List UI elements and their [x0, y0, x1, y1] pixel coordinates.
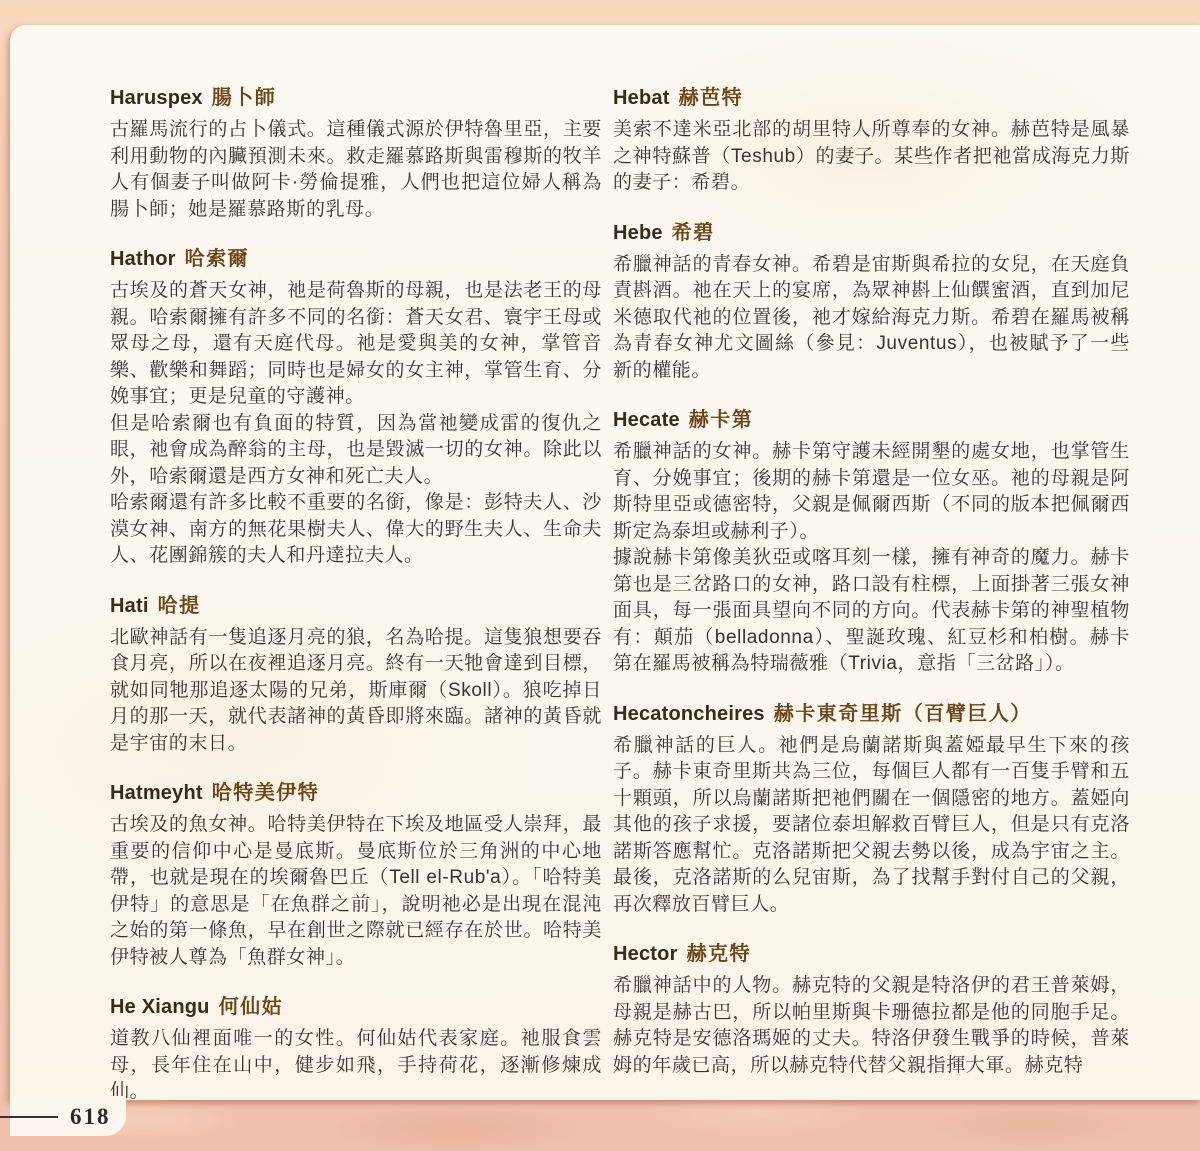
entry-paragraph: 據說赫卡第像美狄亞或喀耳刻一樣，擁有神奇的魔力。赫卡第也是三岔路口的女神，路口設… — [613, 545, 1130, 678]
left-column: Haruspex腸卜師 古羅馬流行的占卜儀式。這種儀式源於伊特魯里亞，主要利用動… — [110, 86, 602, 1106]
entry-body: 希臘神話的巨人。祂們是烏蘭諾斯與蓋婭最早生下來的孩子。赫卡東奇里斯共為三位，每個… — [613, 733, 1130, 919]
entry-heading: Hecatoncheires赫卡東奇里斯（百臂巨人） — [613, 702, 1130, 726]
dictionary-entry: Hati哈提 北歐神話有一隻追逐月亮的狼，名為哈提。這隻狼想要吞食月亮，所以在夜… — [110, 594, 602, 758]
entry-term-chinese: 赫卡東奇里斯（百臂巨人） — [774, 703, 1032, 725]
entry-body: 北歐神話有一隻追逐月亮的狼，名為哈提。這隻狼想要吞食月亮，所以在夜裡追逐月亮。終… — [110, 625, 602, 758]
entry-term-chinese: 哈提 — [158, 595, 201, 617]
dictionary-entry: Haruspex腸卜師 古羅馬流行的占卜儀式。這種儀式源於伊特魯里亞，主要利用動… — [110, 86, 602, 223]
book-page: Haruspex腸卜師 古羅馬流行的占卜儀式。這種儀式源於伊特魯里亞，主要利用動… — [10, 25, 1200, 1100]
entry-body: 希臘神話的青春女神。希碧是宙斯與希拉的女兒，在天庭負責斟酒。祂在天上的宴席，為眾… — [613, 252, 1130, 385]
entry-term-latin: Hatmeyht — [110, 782, 203, 804]
entry-term-chinese: 希碧 — [672, 222, 715, 244]
entry-paragraph: 希臘神話的青春女神。希碧是宙斯與希拉的女兒，在天庭負責斟酒。祂在天上的宴席，為眾… — [613, 252, 1130, 385]
entry-term-chinese: 腸卜師 — [212, 87, 277, 109]
page-number: 618 — [70, 1104, 111, 1130]
entry-body: 古埃及的魚女神。哈特美伊特在下埃及地區受人崇拜，最重要的信仰中心是曼底斯。曼底斯… — [110, 812, 602, 971]
entry-term-latin: Hebe — [613, 222, 663, 244]
dictionary-entry: Hecate赫卡第 希臘神話的女神。赫卡第守護未經開墾的處女地，也掌管生育、分娩… — [613, 408, 1130, 678]
entry-paragraph: 道教八仙裡面唯一的女性。何仙姑代表家庭。祂服食雲母，長年住在山中，健步如飛，手持… — [110, 1026, 602, 1106]
entry-body: 古埃及的蒼天女神，祂是荷魯斯的母親，也是法老王的母親。哈索爾擁有許多不同的名銜：… — [110, 278, 602, 570]
entry-paragraph: 希臘神話的女神。赫卡第守護未經開墾的處女地，也掌管生育、分娩事宜；後期的赫卡第還… — [613, 439, 1130, 545]
entry-heading: Hebe希碧 — [613, 221, 1130, 245]
entry-heading: He Xiangu何仙姑 — [110, 995, 602, 1019]
entry-term-latin: Hebat — [613, 87, 670, 109]
entry-paragraph: 古埃及的魚女神。哈特美伊特在下埃及地區受人崇拜，最重要的信仰中心是曼底斯。曼底斯… — [110, 812, 602, 971]
entry-term-latin: He Xiangu — [110, 996, 210, 1018]
entry-paragraph: 古埃及的蒼天女神，祂是荷魯斯的母親，也是法老王的母親。哈索爾擁有許多不同的名銜：… — [110, 278, 602, 411]
entry-paragraph: 但是哈索爾也有負面的特質，因為當祂變成雷的復仇之眼，祂會成為醉翁的主母，也是毀滅… — [110, 411, 602, 491]
entry-term-chinese: 哈索爾 — [185, 248, 250, 270]
dictionary-entry: Hebe希碧 希臘神話的青春女神。希碧是宙斯與希拉的女兒，在天庭負責斟酒。祂在天… — [613, 221, 1130, 385]
entry-term-latin: Hecate — [613, 409, 680, 431]
entry-heading: Hebat赫芭特 — [613, 86, 1130, 110]
page-number-rule — [0, 1116, 58, 1118]
entry-paragraph: 希臘神話中的人物。赫克特的父親是特洛伊的君王普萊姆，母親是赫古巴，所以帕里斯與卡… — [613, 973, 1130, 1079]
entry-term-latin: Hecatoncheires — [613, 703, 765, 725]
entry-body: 希臘神話中的人物。赫克特的父親是特洛伊的君王普萊姆，母親是赫古巴，所以帕里斯與卡… — [613, 973, 1130, 1079]
entry-paragraph: 希臘神話的巨人。祂們是烏蘭諾斯與蓋婭最早生下來的孩子。赫卡東奇里斯共為三位，每個… — [613, 733, 1130, 919]
entry-body: 道教八仙裡面唯一的女性。何仙姑代表家庭。祂服食雲母，長年住在山中，健步如飛，手持… — [110, 1026, 602, 1106]
entry-heading: Hecate赫卡第 — [613, 408, 1130, 432]
dictionary-entry: Hector赫克特 希臘神話中的人物。赫克特的父親是特洛伊的君王普萊姆，母親是赫… — [613, 942, 1130, 1079]
dictionary-entry: Hathor哈索爾 古埃及的蒼天女神，祂是荷魯斯的母親，也是法老王的母親。哈索爾… — [110, 247, 602, 570]
entry-term-chinese: 赫卡第 — [689, 409, 754, 431]
entry-term-chinese: 何仙姑 — [219, 996, 284, 1018]
dictionary-entry: Hatmeyht哈特美伊特 古埃及的魚女神。哈特美伊特在下埃及地區受人崇拜，最重… — [110, 781, 602, 971]
entry-heading: Haruspex腸卜師 — [110, 86, 602, 110]
entry-term-latin: Hector — [613, 943, 678, 965]
entry-paragraph: 哈索爾還有許多比較不重要的名銜，像是：彭特夫人、沙漠女神、南方的無花果樹夫人、偉… — [110, 490, 602, 570]
entry-heading: Hatmeyht哈特美伊特 — [110, 781, 602, 805]
page-number-row: 618 — [0, 1104, 111, 1130]
entry-paragraph: 古羅馬流行的占卜儀式。這種儀式源於伊特魯里亞，主要利用動物的內臟預測未來。救走羅… — [110, 117, 602, 223]
entry-body: 古羅馬流行的占卜儀式。這種儀式源於伊特魯里亞，主要利用動物的內臟預測未來。救走羅… — [110, 117, 602, 223]
entry-heading: Hathor哈索爾 — [110, 247, 602, 271]
entry-term-chinese: 哈特美伊特 — [212, 782, 320, 804]
dictionary-entry: Hecatoncheires赫卡東奇里斯（百臂巨人） 希臘神話的巨人。祂們是烏蘭… — [613, 702, 1130, 919]
entry-heading: Hati哈提 — [110, 594, 602, 618]
entry-term-latin: Hati — [110, 595, 149, 617]
entry-term-chinese: 赫芭特 — [679, 87, 744, 109]
entry-body: 美索不達米亞北部的胡里特人所尊奉的女神。赫芭特是風暴之神特蘇普（Teshub）的… — [613, 117, 1130, 197]
entry-paragraph: 美索不達米亞北部的胡里特人所尊奉的女神。赫芭特是風暴之神特蘇普（Teshub）的… — [613, 117, 1130, 197]
dictionary-entry: He Xiangu何仙姑 道教八仙裡面唯一的女性。何仙姑代表家庭。祂服食雲母，長… — [110, 995, 602, 1106]
dictionary-entry: Hebat赫芭特 美索不達米亞北部的胡里特人所尊奉的女神。赫芭特是風暴之神特蘇普… — [613, 86, 1130, 197]
entry-term-chinese: 赫克特 — [687, 943, 752, 965]
scanned-book-page: { "page_number": "618", "columns": { "le… — [0, 0, 1200, 1151]
entry-body: 希臘神話的女神。赫卡第守護未經開墾的處女地，也掌管生育、分娩事宜；後期的赫卡第還… — [613, 439, 1130, 678]
entry-term-latin: Haruspex — [110, 87, 203, 109]
entry-term-latin: Hathor — [110, 248, 176, 270]
right-column: Hebat赫芭特 美索不達米亞北部的胡里特人所尊奉的女神。赫芭特是風暴之神特蘇普… — [613, 86, 1130, 1079]
entry-paragraph: 北歐神話有一隻追逐月亮的狼，名為哈提。這隻狼想要吞食月亮，所以在夜裡追逐月亮。終… — [110, 625, 602, 758]
entry-heading: Hector赫克特 — [613, 942, 1130, 966]
